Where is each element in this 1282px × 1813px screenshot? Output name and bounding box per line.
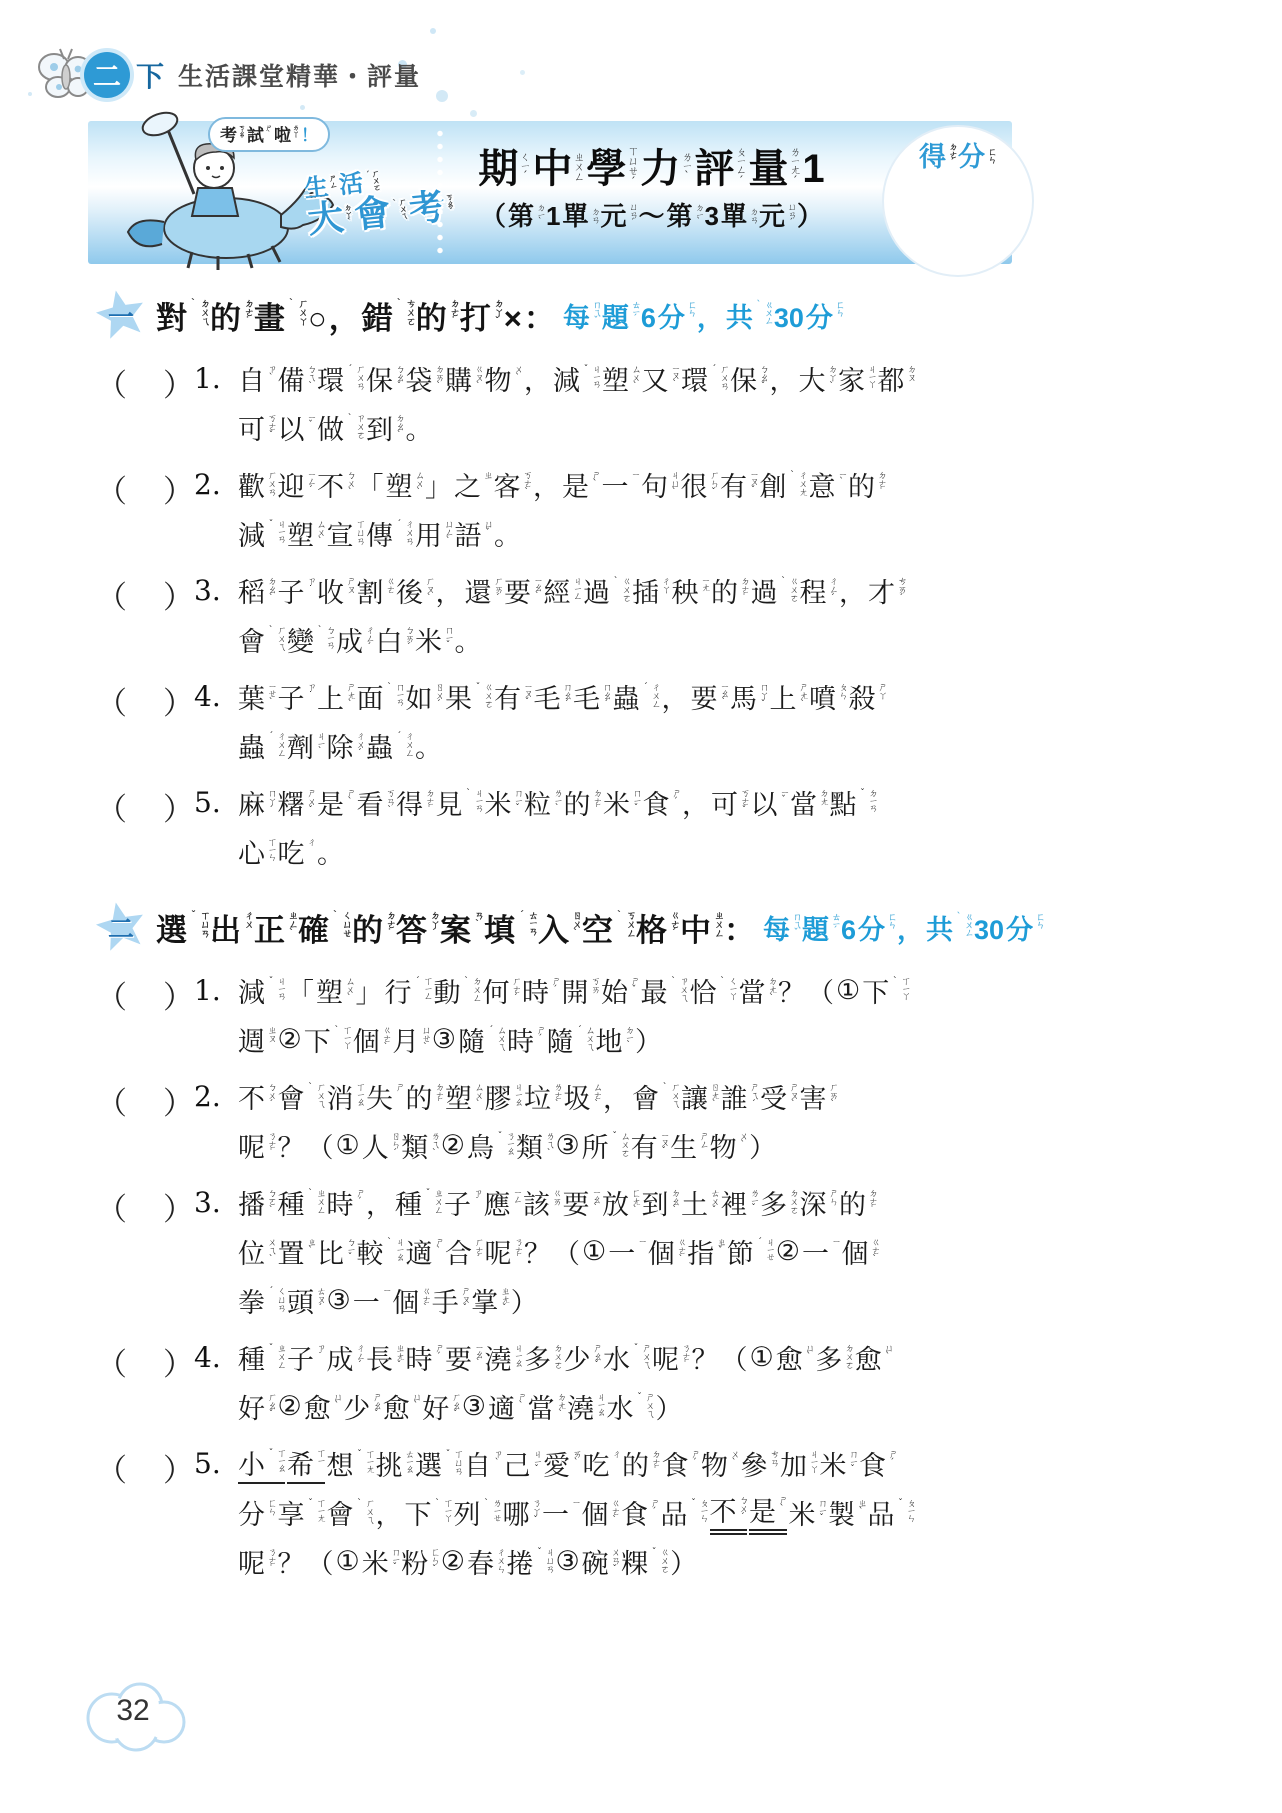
decor-dot (430, 28, 436, 34)
speech-exclamation: ！ (301, 126, 318, 145)
answer-blank[interactable]: （） (96, 354, 194, 405)
question-text: 葉ㄧㄝˋ子ㄗ˙上ㄕㄤˋ面ㄇㄧㄢˋ如ㄖㄨˊ果ㄍㄨㄛˇ有ㄧㄡˇ毛ㄇㄠˊ毛ㄇㄠˊ蟲ㄔㄨ… (238, 672, 1048, 770)
answer-blank[interactable]: （） (96, 1178, 194, 1229)
question-row: （） 2. 不ㄅㄨˊ會ㄏㄨㄟˋ消ㄒㄧㄠ失ㄕ的ㄉㄜ˙塑ㄙㄨˋ膠ㄐㄧㄠ垃ㄌㄜˋ圾ㄙㄜ… (96, 1072, 1048, 1170)
exam-title-block: 期ㄑㄧˊ中ㄓㄨㄥ學ㄒㄩㄝˊ力ㄌㄧˋ評ㄆㄧㄥˊ量ㄌㄧㄤˊ1 （第ㄉㄧˋ1單ㄉㄢ元ㄩ… (458, 137, 847, 233)
question-text: 播ㄅㄛˋ種ㄓㄨㄥˋ時ㄕˊ，種ㄓㄨㄥˇ子ㄗ˙應ㄧㄥ該ㄍㄞ要ㄧㄠˋ放ㄈㄤˋ到ㄉㄠˋ土… (238, 1178, 1048, 1325)
question-row: （） 1. 自ㄗˋ備ㄅㄟˋ環ㄏㄨㄢˊ保ㄅㄠˇ袋ㄉㄞˋ購ㄍㄡˋ物ㄨˋ，減ㄐㄧㄢˇ塑… (96, 354, 1048, 452)
decor-dot (436, 90, 448, 102)
question-row: （） 3. 稻ㄉㄠˋ子ㄗ˙收ㄕㄡ割ㄍㄜ後ㄏㄡˋ，還ㄏㄞˊ要ㄧㄠˋ經ㄐㄧㄥ過ㄍㄨㄛ… (96, 566, 1048, 664)
question-row: （） 4. 葉ㄧㄝˋ子ㄗ˙上ㄕㄤˋ面ㄇㄧㄢˋ如ㄖㄨˊ果ㄍㄨㄛˇ有ㄧㄡˇ毛ㄇㄠˊ毛… (96, 672, 1048, 770)
score-box[interactable]: 得ㄉㄜˊ分ㄈㄣ (882, 125, 1034, 277)
answer-blank[interactable]: （） (96, 672, 194, 723)
question-text: 自ㄗˋ備ㄅㄟˋ環ㄏㄨㄢˊ保ㄅㄠˇ袋ㄉㄞˋ購ㄍㄡˋ物ㄨˋ，減ㄐㄧㄢˇ塑ㄙㄨˋ又ㄧㄡ… (238, 354, 1048, 452)
page-number-cloud: 32 (78, 1678, 208, 1762)
section-1-badge: 一 (96, 290, 146, 340)
question-number: 4. (194, 672, 238, 713)
worksheet-page: 二 下 生活課堂精華・評量 考ㄎㄠˇ試ㄕˋ啦ㄌㄚ˙！ (0, 0, 1282, 1813)
question-text: 歡ㄏㄨㄢ迎ㄧㄥˊ不ㄅㄨˋ「塑ㄙㄨˋ」之ㄓ客ㄎㄜˋ，是ㄕˋ一ㄧ句ㄐㄩˋ很ㄏㄣˇ有ㄧ… (238, 460, 1048, 558)
question-text: 不ㄅㄨˊ會ㄏㄨㄟˋ消ㄒㄧㄠ失ㄕ的ㄉㄜ˙塑ㄙㄨˋ膠ㄐㄧㄠ垃ㄌㄜˋ圾ㄙㄜˋ，會ㄏㄨㄟ… (238, 1072, 1048, 1170)
decor-dot (470, 110, 477, 117)
question-number: 1. (194, 354, 238, 395)
question-row: （） 5. 小ㄒㄧㄠˇ希ㄒㄧ想ㄒㄧㄤˇ挑ㄊㄧㄠ選ㄒㄩㄢˇ自ㄗˋ己ㄐㄧˇ愛ㄞˋ吃ㄔ… (96, 1439, 1048, 1586)
question-row: （） 2. 歡ㄏㄨㄢ迎ㄧㄥˊ不ㄅㄨˋ「塑ㄙㄨˋ」之ㄓ客ㄎㄜˋ，是ㄕˋ一ㄧ句ㄐㄩˋ… (96, 460, 1048, 558)
speech-text: 考ㄎㄠˇ試ㄕˋ啦ㄌㄚ˙ (220, 126, 301, 146)
question-number: 3. (194, 1178, 238, 1219)
question-number: 2. (194, 1072, 238, 1113)
answer-blank[interactable]: （） (96, 566, 194, 617)
answer-blank[interactable]: （） (96, 460, 194, 511)
answer-blank[interactable]: （） (96, 966, 194, 1017)
exam-title: 期ㄑㄧˊ中ㄓㄨㄥ學ㄒㄩㄝˊ力ㄌㄧˋ評ㄆㄧㄥˊ量ㄌㄧㄤˊ1 (458, 137, 847, 194)
question-text: 減ㄐㄧㄢˇ「塑ㄙㄨˋ」行ㄒㄧㄥˊ動ㄉㄨㄥˋ何ㄏㄜˊ時ㄕˊ開ㄎㄞ始ㄕˇ最ㄗㄨㄟˋ恰… (238, 966, 1048, 1064)
page-header: 二 下 生活課堂精華・評量 (34, 40, 421, 110)
question-number: 3. (194, 566, 238, 607)
section-1-score-note: 每ㄇㄟˇ題ㄊㄧˊ6分ㄈㄣ，共ㄍㄨㄥˋ30分ㄈㄣ (563, 296, 845, 335)
question-number: 4. (194, 1333, 238, 1374)
section-2-title: 選ㄒㄩㄢˇ出ㄔㄨ正ㄓㄥˋ確ㄑㄩㄝˋ的ㄉㄜ˙答ㄉㄚˊ案ㄢˋ填ㄊㄧㄢˊ入ㄖㄨˋ空ㄎㄨ… (156, 905, 757, 950)
question-text: 種ㄓㄨㄥˇ子ㄗ˙成ㄔㄥˊ長ㄓㄤˇ時ㄕˊ要ㄧㄠˋ澆ㄐㄧㄠ多ㄉㄨㄛ少ㄕㄠˇ水ㄕㄨㄟˇ… (238, 1333, 1048, 1431)
dotted-divider (437, 127, 443, 258)
grade-badge: 二 (84, 52, 130, 98)
page-number: 32 (78, 1694, 188, 1728)
section-1-title: 對ㄉㄨㄟˋ的ㄉㄜ˙畫ㄏㄨㄚˋ○，錯ㄘㄨㄛˋ的ㄉㄜ˙打ㄉㄚˇ×： (156, 293, 557, 338)
question-number: 1. (194, 966, 238, 1007)
section-2-badge: 二 (96, 902, 146, 952)
score-label: 得ㄉㄜˊ分ㄈㄣ (919, 135, 997, 174)
question-row: （） 3. 播ㄅㄛˋ種ㄓㄨㄥˋ時ㄕˊ，種ㄓㄨㄥˇ子ㄗ˙應ㄧㄥ該ㄍㄞ要ㄧㄠˋ放ㄈㄤ… (96, 1178, 1048, 1325)
question-row: （） 5. 麻ㄇㄚˊ糬ㄕㄨˇ是ㄕˋ看ㄎㄢˋ得ㄉㄜ˙見ㄐㄧㄢˋ米ㄇㄧˇ粒ㄌㄧˋ的ㄉ… (96, 778, 1048, 876)
speech-bubble: 考ㄎㄠˇ試ㄕˋ啦ㄌㄚ˙！ (208, 117, 330, 152)
answer-blank[interactable]: （） (96, 1439, 194, 1490)
title-banner: 考ㄎㄠˇ試ㄕˋ啦ㄌㄚ˙！ 生ㄕㄥ活ㄏㄨㄛˊ 大ㄉㄚˋ會ㄏㄨㄟˋ考ㄎㄠˇ 期ㄑㄧˊ… (88, 121, 1012, 264)
question-row: （） 4. 種ㄓㄨㄥˇ子ㄗ˙成ㄔㄥˊ長ㄓㄤˇ時ㄕˊ要ㄧㄠˋ澆ㄐㄧㄠ多ㄉㄨㄛ少ㄕㄠ… (96, 1333, 1048, 1431)
exam-subtitle: （第ㄉㄧˋ1單ㄉㄢ元ㄩㄢˊ～第ㄉㄧˋ3單ㄉㄢ元ㄩㄢˊ） (458, 196, 847, 233)
questions-area: 一 對ㄉㄨㄟˋ的ㄉㄜ˙畫ㄏㄨㄚˋ○，錯ㄘㄨㄛˋ的ㄉㄜ˙打ㄉㄚˇ×： 每ㄇㄟˇ題ㄊ… (96, 290, 1048, 1594)
section-2-header: 二 選ㄒㄩㄢˇ出ㄔㄨ正ㄓㄥˋ確ㄑㄩㄝˋ的ㄉㄜ˙答ㄉㄚˊ案ㄢˋ填ㄊㄧㄢˊ入ㄖㄨˋ空… (96, 902, 1048, 952)
question-number: 5. (194, 1439, 238, 1480)
answer-blank[interactable]: （） (96, 778, 194, 829)
section-1-header: 一 對ㄉㄨㄟˋ的ㄉㄜ˙畫ㄏㄨㄚˋ○，錯ㄘㄨㄛˋ的ㄉㄜ˙打ㄉㄚˇ×： 每ㄇㄟˇ題ㄊ… (96, 290, 1048, 340)
decor-dot (28, 92, 32, 96)
decor-dot (520, 70, 525, 75)
grade-suffix: 下 (136, 55, 164, 95)
section-2-score-note: 每ㄇㄟˇ題ㄊㄧˊ6分ㄈㄣ，共ㄍㄨㄥˋ30分ㄈㄣ (763, 908, 1045, 947)
question-row: （） 1. 減ㄐㄧㄢˇ「塑ㄙㄨˋ」行ㄒㄧㄥˊ動ㄉㄨㄥˋ何ㄏㄜˊ時ㄕˊ開ㄎㄞ始ㄕˇ… (96, 966, 1048, 1064)
answer-blank[interactable]: （） (96, 1333, 194, 1384)
question-number: 5. (194, 778, 238, 819)
question-text: 稻ㄉㄠˋ子ㄗ˙收ㄕㄡ割ㄍㄜ後ㄏㄡˋ，還ㄏㄞˊ要ㄧㄠˋ經ㄐㄧㄥ過ㄍㄨㄛˋ插ㄔㄚ秧ㄧ… (238, 566, 1048, 664)
question-text: 小ㄒㄧㄠˇ希ㄒㄧ想ㄒㄧㄤˇ挑ㄊㄧㄠ選ㄒㄩㄢˇ自ㄗˋ己ㄐㄧˇ愛ㄞˋ吃ㄔ的ㄉㄜ˙食ㄕ… (238, 1439, 1048, 1586)
question-text: 麻ㄇㄚˊ糬ㄕㄨˇ是ㄕˋ看ㄎㄢˋ得ㄉㄜ˙見ㄐㄧㄢˋ米ㄇㄧˇ粒ㄌㄧˋ的ㄉㄜ˙米ㄇㄧˇ… (238, 778, 1048, 876)
question-number: 2. (194, 460, 238, 501)
series-title: 生活課堂精華・評量 (178, 57, 421, 93)
answer-blank[interactable]: （） (96, 1072, 194, 1123)
